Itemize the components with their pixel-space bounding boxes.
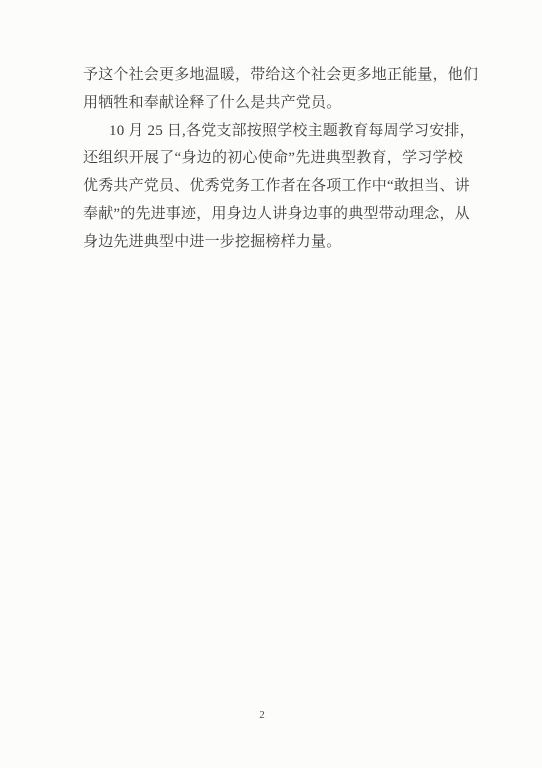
- text-line: 用牺牲和奉献诠释了什么是共产党员。: [83, 90, 463, 118]
- text-line: 10 月 25 日,各党支部按照学校主题教育每周学习安排，: [83, 118, 463, 146]
- text-line: 身边先进典型中进一步挖掘榜样力量。: [83, 229, 463, 257]
- body-text: 予这个社会更多地温暖，带给这个社会更多地正能量，他们 用牺牲和奉献诠释了什么是共…: [83, 62, 463, 257]
- text-line: 予这个社会更多地温暖，带给这个社会更多地正能量，他们: [83, 62, 463, 90]
- text-line: 奉献”的先进事迹，用身边人讲身边事的典型带动理念，从: [83, 201, 463, 229]
- document-page: 予这个社会更多地温暖，带给这个社会更多地正能量，他们 用牺牲和奉献诠释了什么是共…: [0, 0, 542, 768]
- text-line: 还组织开展了“身边的初心使命”先进典型教育，学习学校: [83, 145, 463, 173]
- page-number: 2: [0, 709, 533, 721]
- text-line: 优秀共产党员、优秀党务工作者在各项工作中“敢担当、讲: [83, 173, 463, 201]
